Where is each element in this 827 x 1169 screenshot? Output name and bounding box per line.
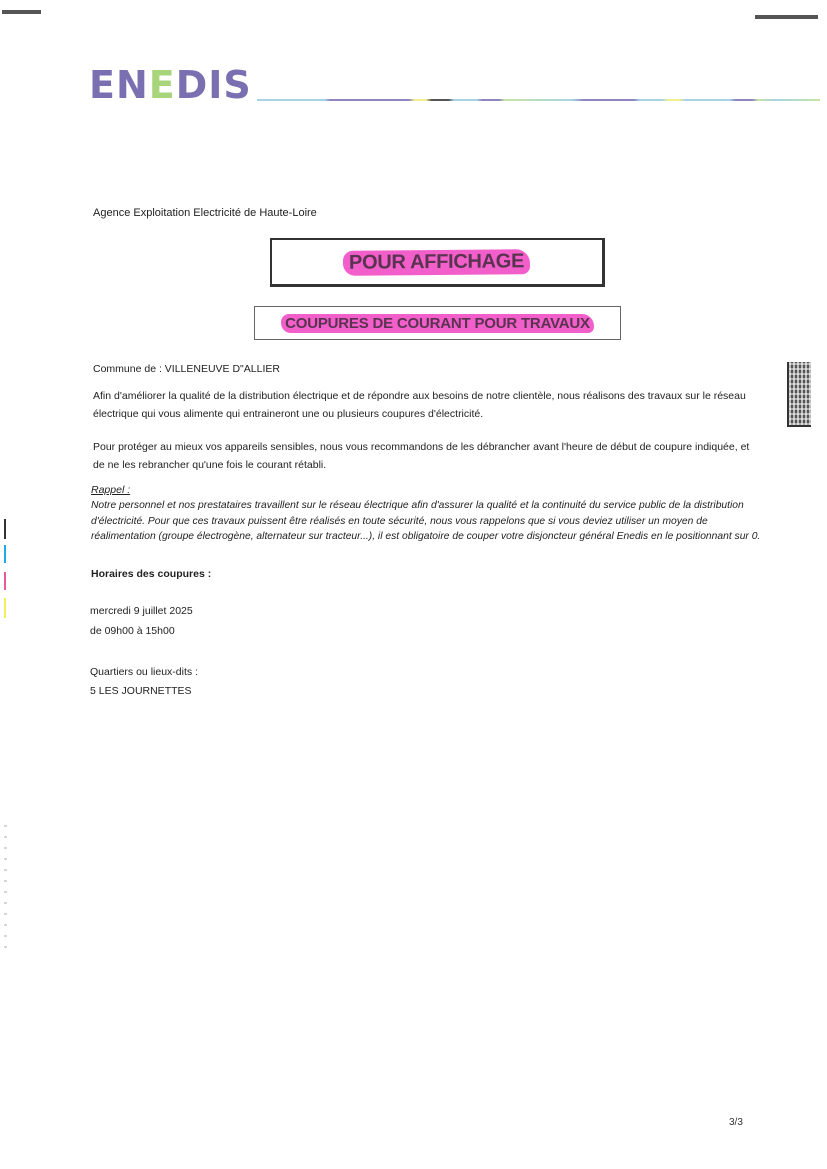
logo-part-e: E xyxy=(149,63,176,107)
print-tick-yellow xyxy=(4,598,6,618)
banner-pour-affichage: POUR AFFICHAGE xyxy=(270,238,605,287)
print-tick-black xyxy=(4,519,6,539)
enedis-logo: ENEDIS xyxy=(89,66,252,104)
agency-name: Agence Exploitation Electricité de Haute… xyxy=(93,207,317,219)
intro-paragraph: Afin d'améliorer la qualité de la distri… xyxy=(93,387,758,423)
banner-pour-affichage-title: POUR AFFICHAGE xyxy=(343,249,530,276)
datamatrix-icon xyxy=(787,362,811,427)
logo-part-en: EN xyxy=(89,63,149,107)
recommendation-paragraph: Pour protéger au mieux vos appareils sen… xyxy=(93,438,758,474)
rappel-label: Rappel : xyxy=(91,484,130,496)
scan-mark-top-right xyxy=(755,15,818,19)
outage-date: mercredi 9 juillet 2025 xyxy=(90,605,193,617)
rappel-text: Notre personnel et nos prestataires trav… xyxy=(91,498,761,545)
scan-mark-top-left xyxy=(2,10,41,14)
header-divider xyxy=(257,99,820,101)
banner-coupures: COUPURES DE COURANT POUR TRAVAUX xyxy=(254,306,621,340)
commune-line: Commune de : VILLENEUVE D"ALLIER xyxy=(93,360,758,378)
quartiers-heading: Quartiers ou lieux-dits : xyxy=(90,666,198,678)
print-tick-magenta xyxy=(4,572,6,590)
outage-time: de 09h00 à 15h00 xyxy=(90,625,175,637)
page-number: 3/3 xyxy=(729,1117,743,1128)
banner-coupures-title: COUPURES DE COURANT POUR TRAVAUX xyxy=(281,314,594,333)
print-ticks-faint xyxy=(4,825,7,955)
logo-part-dis: DIS xyxy=(176,63,252,107)
horaires-heading: Horaires des coupures : xyxy=(91,568,211,580)
print-tick-cyan xyxy=(4,545,6,563)
quartier-value: 5 LES JOURNETTES xyxy=(90,685,192,697)
